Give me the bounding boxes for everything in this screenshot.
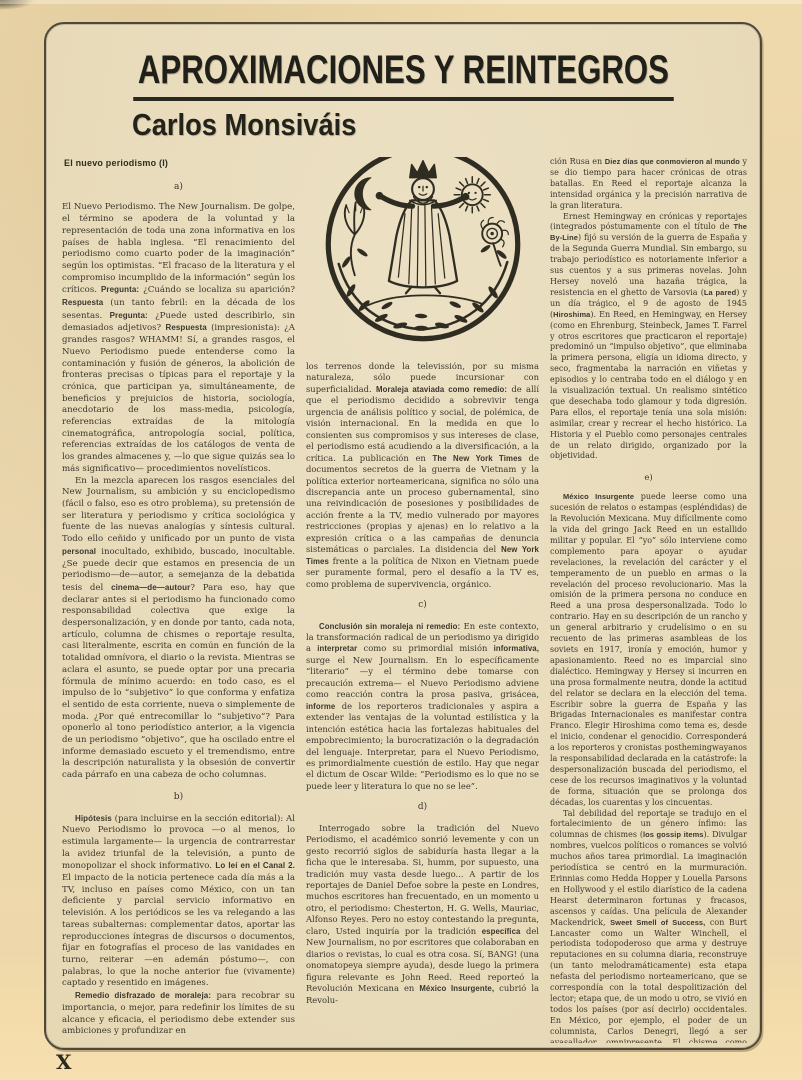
paragraph: El Nuevo Periodismo. The New Journalism.… bbox=[62, 202, 295, 475]
column-middle: los terrenos donde la televissión, por s… bbox=[306, 157, 539, 1043]
section-letter: d) bbox=[306, 802, 539, 813]
page-number: X bbox=[56, 1050, 72, 1074]
woodcut-illustration bbox=[315, 157, 531, 348]
column-left: El nuevo periodismo (I)a)El Nuevo Period… bbox=[62, 157, 295, 1043]
section-letter: e) bbox=[550, 472, 747, 483]
scan-edge-highlight bbox=[0, 0, 802, 4]
paragraph: los terrenos donde la televissión, por s… bbox=[306, 361, 539, 590]
paragraph: Interrogado sobre la tradición del Nuevo… bbox=[306, 823, 539, 1006]
article-byline: Carlos Monsiváis bbox=[132, 108, 685, 142]
paragraph: En la mezcla aparecen los rasgos esencia… bbox=[62, 476, 295, 782]
paragraph: México Insurgente puede leerse como una … bbox=[550, 492, 747, 808]
section-letter: a) bbox=[62, 182, 295, 194]
paragraph: Remedio disfrazado de moraleja: para rec… bbox=[62, 990, 295, 1038]
paragraph: ción Rusa en Diez días que conmovieron a… bbox=[550, 157, 747, 212]
paragraph: Ernest Hemingway en crónicas y reportaje… bbox=[550, 212, 747, 463]
king-sun-moon-woodcut-icon bbox=[315, 157, 531, 348]
section-letter: c) bbox=[306, 600, 539, 611]
article-title: APROXIMACIONES Y REINTEGROS bbox=[133, 50, 673, 101]
page-frame: APROXIMACIONES Y REINTEGROS Carlos Monsi… bbox=[44, 22, 762, 1050]
paragraph: Tal debilidad del reportaje se tradujo e… bbox=[550, 809, 747, 1043]
paragraph: Hipótesis (para incluirse en la sección … bbox=[62, 813, 295, 991]
masthead: APROXIMACIONES Y REINTEGROS Carlos Monsi… bbox=[46, 50, 760, 142]
article-columns: El nuevo periodismo (I)a)El Nuevo Period… bbox=[62, 157, 747, 1043]
column-kicker: El nuevo periodismo (I) bbox=[64, 158, 295, 170]
paragraph: Conclusión sin moraleja ni remedio: En e… bbox=[306, 621, 539, 793]
column-right: ción Rusa en Diez días que conmovieron a… bbox=[550, 157, 747, 1043]
title-row: APROXIMACIONES Y REINTEGROS bbox=[46, 50, 760, 101]
section-letter: b) bbox=[62, 792, 295, 804]
